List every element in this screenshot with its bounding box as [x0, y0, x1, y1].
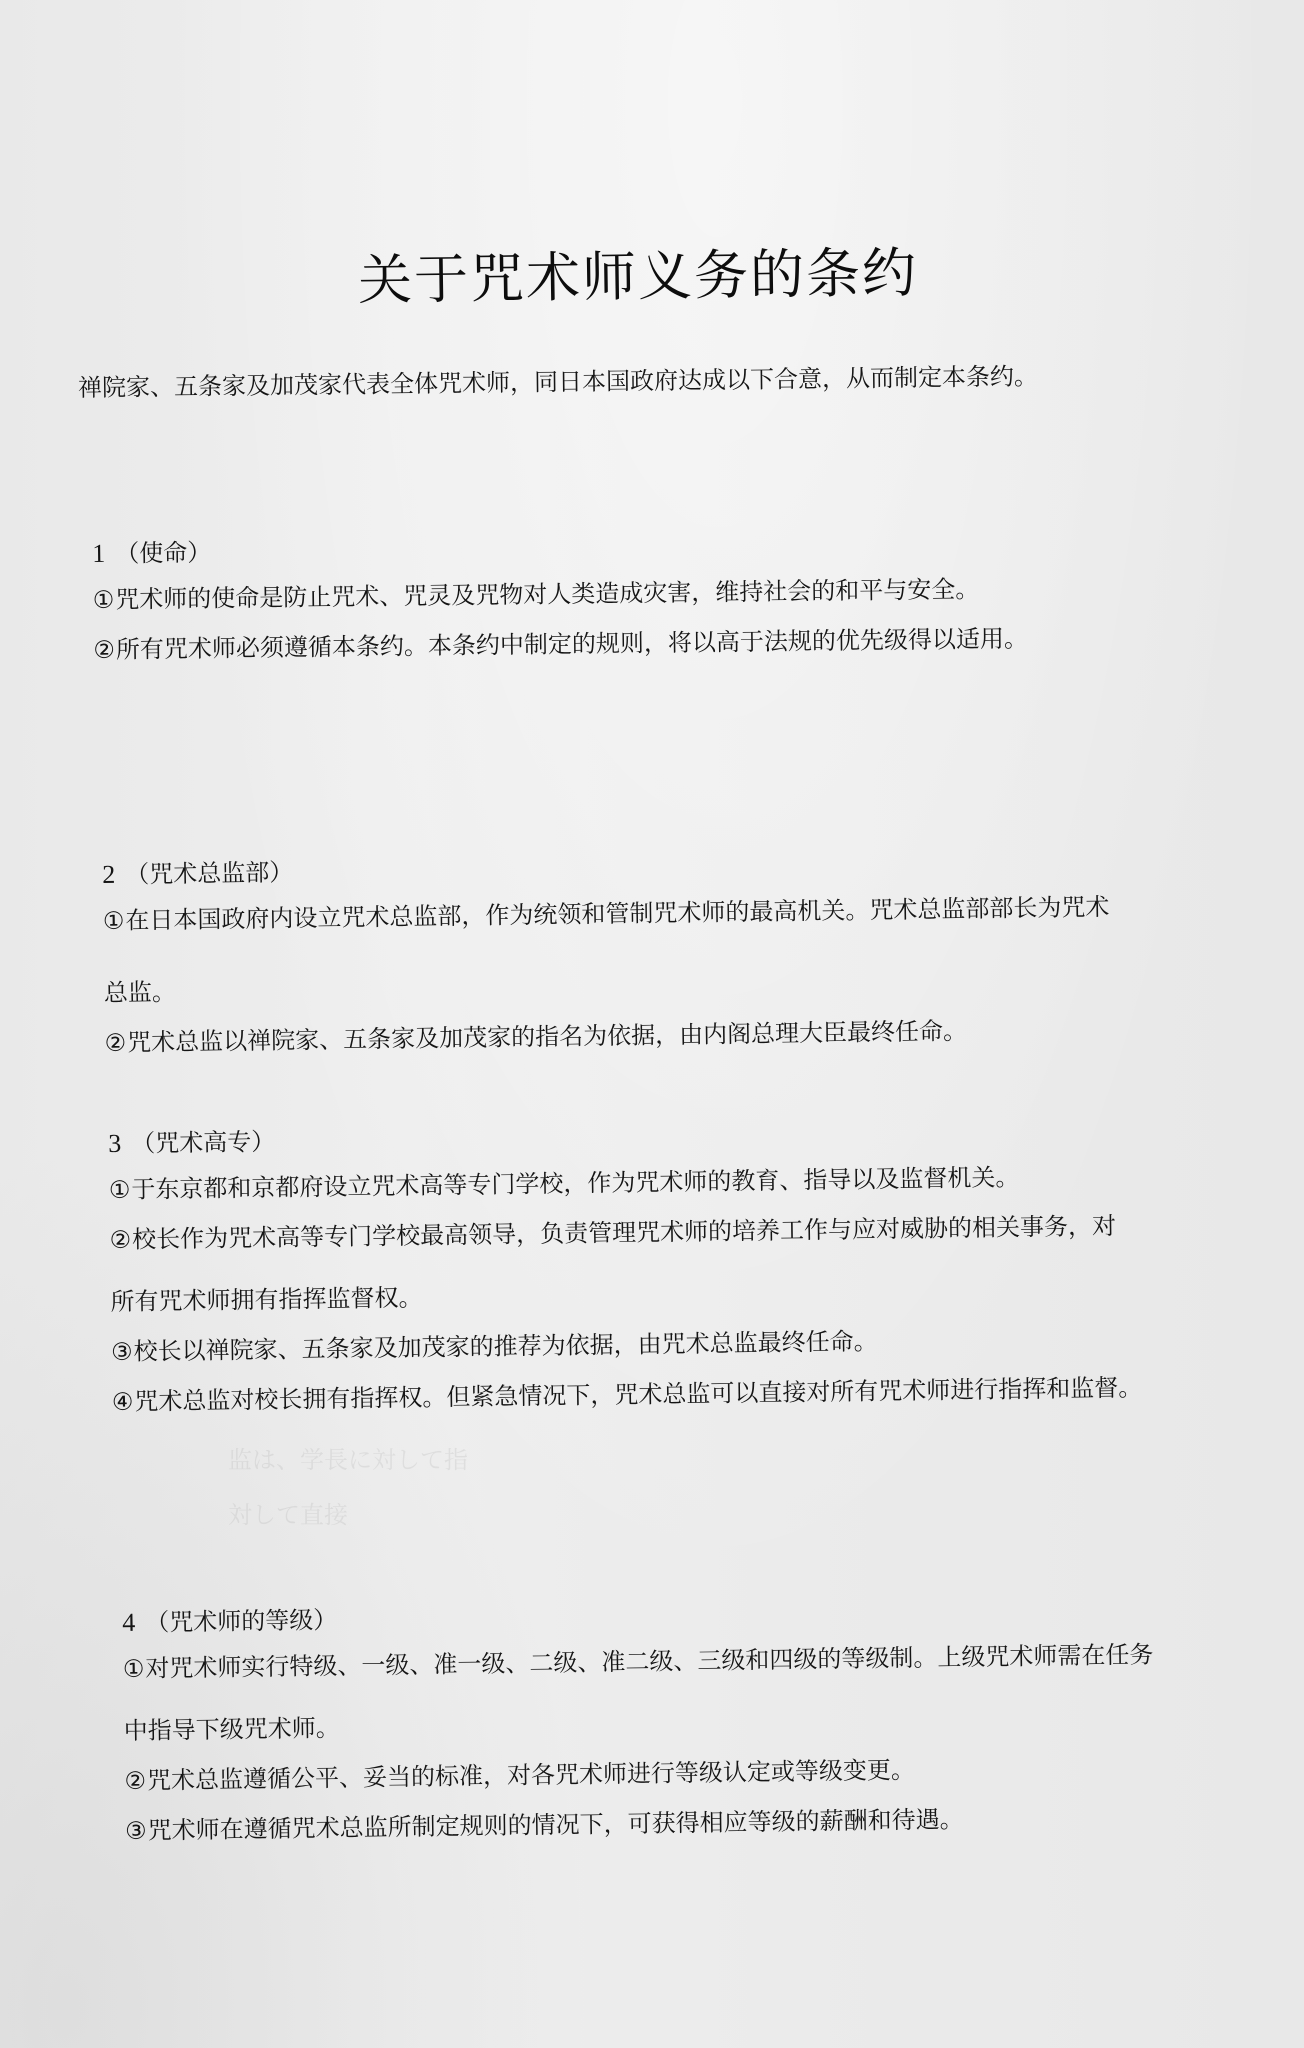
clause: ②所有咒术师必须遵循本条约。本条约中制定的规则，将以高于法规的优先级得以适用。 [93, 614, 1028, 675]
clause-marker: ① [103, 896, 125, 946]
article-heading: 4（咒术师的等级） [122, 1589, 1153, 1638]
article-heading-text: （咒术高专） [131, 1128, 275, 1158]
article-number: 1 [92, 539, 105, 568]
clause-text: 咒术总监遵循公平、妥当的标准，对各咒术师进行等级认定或等级变更。 [147, 1756, 915, 1795]
article-3: 3（咒术高专） ①于东京都和京都府设立咒术高等专门学校，作为咒术师的教育、指导以… [108, 1110, 1143, 1427]
clause-text: 对咒术师实行特级、一级、准一级、二级、准二级、三级和四级的等级制。上级咒术师需在… [145, 1641, 1153, 1683]
clause-text: 咒术师的使命是防止咒术、咒灵及咒物对人类造成灾害，维持社会的和平与安全。 [115, 575, 979, 614]
article-number: 2 [102, 860, 115, 889]
clause-marker: ① [123, 1644, 145, 1694]
preamble: 禅院家、五条家及加茂家代表全体咒术师，同日本国政府达成以下合意，从而制定本条约。 [78, 356, 1038, 403]
clause: ①在日本国政府内设立咒术总监部，作为统领和管制咒术师的最高机关。咒术总监部部长为… [103, 882, 1110, 946]
clause-text: 咒术师在遵循咒术总监所制定规则的情况下，可获得相应等级的薪酬和待遇。 [148, 1805, 964, 1844]
article-2: 2（咒术总监部） ①在日本国政府内设立咒术总监部，作为统领和管制咒术师的最高机关… [102, 841, 1111, 1068]
clause-marker: ② [109, 1215, 131, 1265]
clause-marker: ① [93, 575, 115, 625]
clause-text: 咒术总监对校长拥有指挥权。但紧急情况下，咒术总监可以直接对所有咒术师进行指挥和监… [134, 1374, 1142, 1416]
clause-text: 于东京都和京都府设立咒术高等专门学校，作为咒术师的教育、指导以及监督机关。 [131, 1163, 1019, 1203]
article-heading: 2（咒术总监部） [102, 841, 1109, 890]
article-heading-text: （咒术师的等级） [145, 1606, 337, 1637]
clause-marker: ① [109, 1165, 131, 1215]
clause-marker: ② [124, 1756, 146, 1806]
article-number: 3 [108, 1129, 121, 1158]
article-heading-text: （使命） [115, 539, 211, 568]
article-1: 1（使命） ①咒术师的使命是防止咒术、咒灵及咒物对人类造成灾害，维持社会的和平与… [92, 523, 1028, 675]
article-heading: 3（咒术高专） [108, 1110, 1139, 1159]
article-4: 4（咒术师的等级） ①对咒术师实行特级、一级、准一级、二级、准二级、三级和四级的… [122, 1589, 1156, 1856]
show-through-text: 监は、学長に対して指 [228, 1440, 468, 1475]
clause-text: 咒术总监以禅院家、五条家及加茂家的指名为依据，由内阁总理大臣最终任命。 [127, 1017, 967, 1057]
clause-marker: ② [93, 625, 115, 675]
show-through-text: 対して直接 [228, 1495, 348, 1530]
clause-text: 在日本国政府内设立咒术总监部，作为统领和管制咒术师的最高机关。咒术总监部部长为咒… [125, 893, 1109, 935]
clause-marker: ② [104, 1018, 126, 1068]
document-title: 关于咒术师义务的条约 [357, 230, 918, 315]
clause-text: 校长以禅院家、五条家及加茂家的推荐为依据，由咒术总监最终任命。 [134, 1327, 878, 1365]
article-heading: 1（使命） [92, 523, 1027, 569]
clause-marker: ③ [111, 1327, 133, 1377]
article-number: 4 [122, 1608, 135, 1637]
document-page: 关于咒术师义务的条约 禅院家、五条家及加茂家代表全体咒术师，同日本国政府达成以下… [0, 0, 1304, 2048]
clause-text: 所有咒术师必须遵循本条约。本条约中制定的规则，将以高于法规的优先级得以适用。 [116, 625, 1028, 664]
clause: ①对咒术师实行特级、一级、准一级、二级、准二级、三级和四级的等级制。上级咒术师需… [123, 1630, 1154, 1694]
article-heading-text: （咒术总监部） [125, 858, 293, 888]
clause-marker: ④ [112, 1377, 134, 1427]
clause-text: 校长作为咒术高等专门学校最高领导，负责管理咒术师的培养工作与应对威胁的相关事务，… [132, 1212, 1116, 1254]
clause-marker: ③ [125, 1806, 147, 1856]
